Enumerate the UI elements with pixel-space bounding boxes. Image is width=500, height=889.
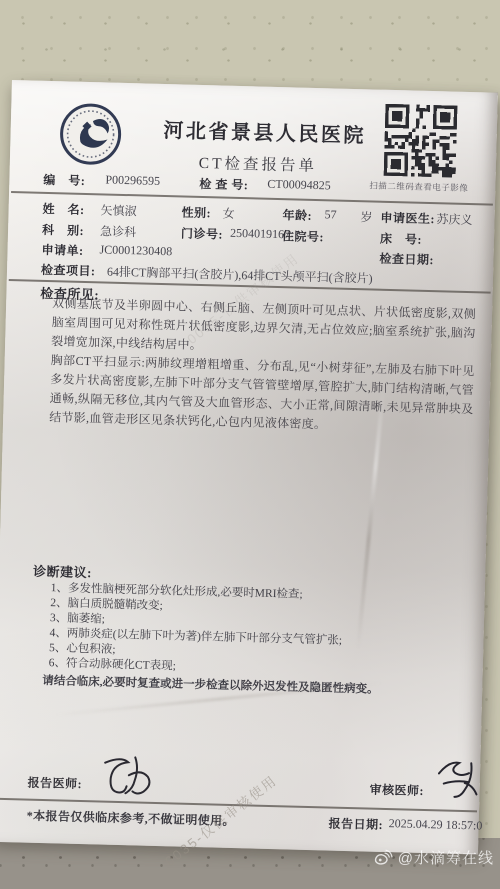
weibo-handle: @水滴筹在线	[398, 847, 494, 868]
report-date-label: 报告日期:	[328, 815, 383, 833]
weibo-logo-icon	[373, 849, 393, 867]
department-label: 科 别:	[42, 221, 84, 239]
exam-items-label: 检查项目:	[41, 261, 96, 279]
serial-value: P00296595	[105, 172, 160, 188]
photo-of-ct-report: 河北省景县人民医院 CT检查报告单 扫描二维码查看电子影像 编 号: P0029…	[0, 0, 500, 889]
diagnosis-note: 请结合临床,必要时复查或进一步检查以除外迟发性及隐匿性病变。	[42, 672, 379, 697]
hospital-seal-icon	[58, 101, 124, 167]
request-doctor-value: 苏庆义	[436, 210, 472, 228]
ct-report-paper: 河北省景县人民医院 CT检查报告单 扫描二维码查看电子影像 编 号: P0029…	[0, 80, 498, 854]
qr-caption: 扫描二维码查看电子影像	[369, 179, 479, 194]
diagnosis-title: 诊断建议:	[33, 561, 92, 582]
hospital-name: 河北省景县人民医院	[138, 113, 391, 149]
age-unit: 岁	[360, 208, 372, 225]
serial-label: 编 号:	[43, 171, 85, 189]
department-value: 急诊科	[100, 222, 136, 240]
exam-no-value: CT00094825	[267, 177, 331, 194]
exam-no-label: 检 查 号:	[199, 175, 248, 193]
inpatient-label: 住院号:	[282, 227, 324, 245]
diagnosis-item: 6、符合动脉硬化CT表现;	[49, 656, 176, 674]
report-date-value: 2025.04.29 18:57:0	[388, 816, 482, 833]
name-value: 矢慎淑	[100, 201, 136, 219]
outpatient-label: 门诊号:	[181, 224, 223, 242]
report-title: CT检查报告单	[138, 149, 378, 177]
review-doctor-signature	[431, 755, 484, 804]
review-doctor-label: 审核医师:	[369, 781, 424, 799]
age-value: 57	[324, 207, 336, 222]
report-doctor-label: 报告医师:	[27, 774, 82, 792]
findings-paragraph: 胸部CT平扫显示:两肺纹理增粗增重、分布乱,见“小树芽征”,左肺及右肺下叶见多发…	[49, 351, 475, 438]
request-form-value: JC0001230408	[99, 242, 172, 259]
findings-text: 双侧基底节及半卵圆中心、右侧丘脑、左侧顶叶可见点状、片状低密度影,双侧脑室周围可…	[49, 294, 476, 438]
gender-label: 性别:	[181, 203, 211, 221]
age-label: 年龄:	[282, 206, 312, 224]
request-doctor-label: 申请医生:	[380, 209, 435, 227]
qr-code	[384, 104, 458, 178]
report-doctor-signature	[88, 750, 167, 802]
request-form-label: 申请单:	[41, 241, 83, 259]
name-label: 姓 名:	[42, 200, 84, 218]
gender-value: 女	[222, 205, 234, 222]
diagnosis-item: 3、脑萎缩;	[50, 611, 105, 627]
exam-date-label: 检查日期:	[379, 250, 434, 268]
diagnosis-item: 5、心包积液;	[49, 641, 116, 658]
weibo-watermark: @水滴筹在线	[373, 847, 494, 868]
bed-label: 床 号:	[380, 230, 422, 248]
